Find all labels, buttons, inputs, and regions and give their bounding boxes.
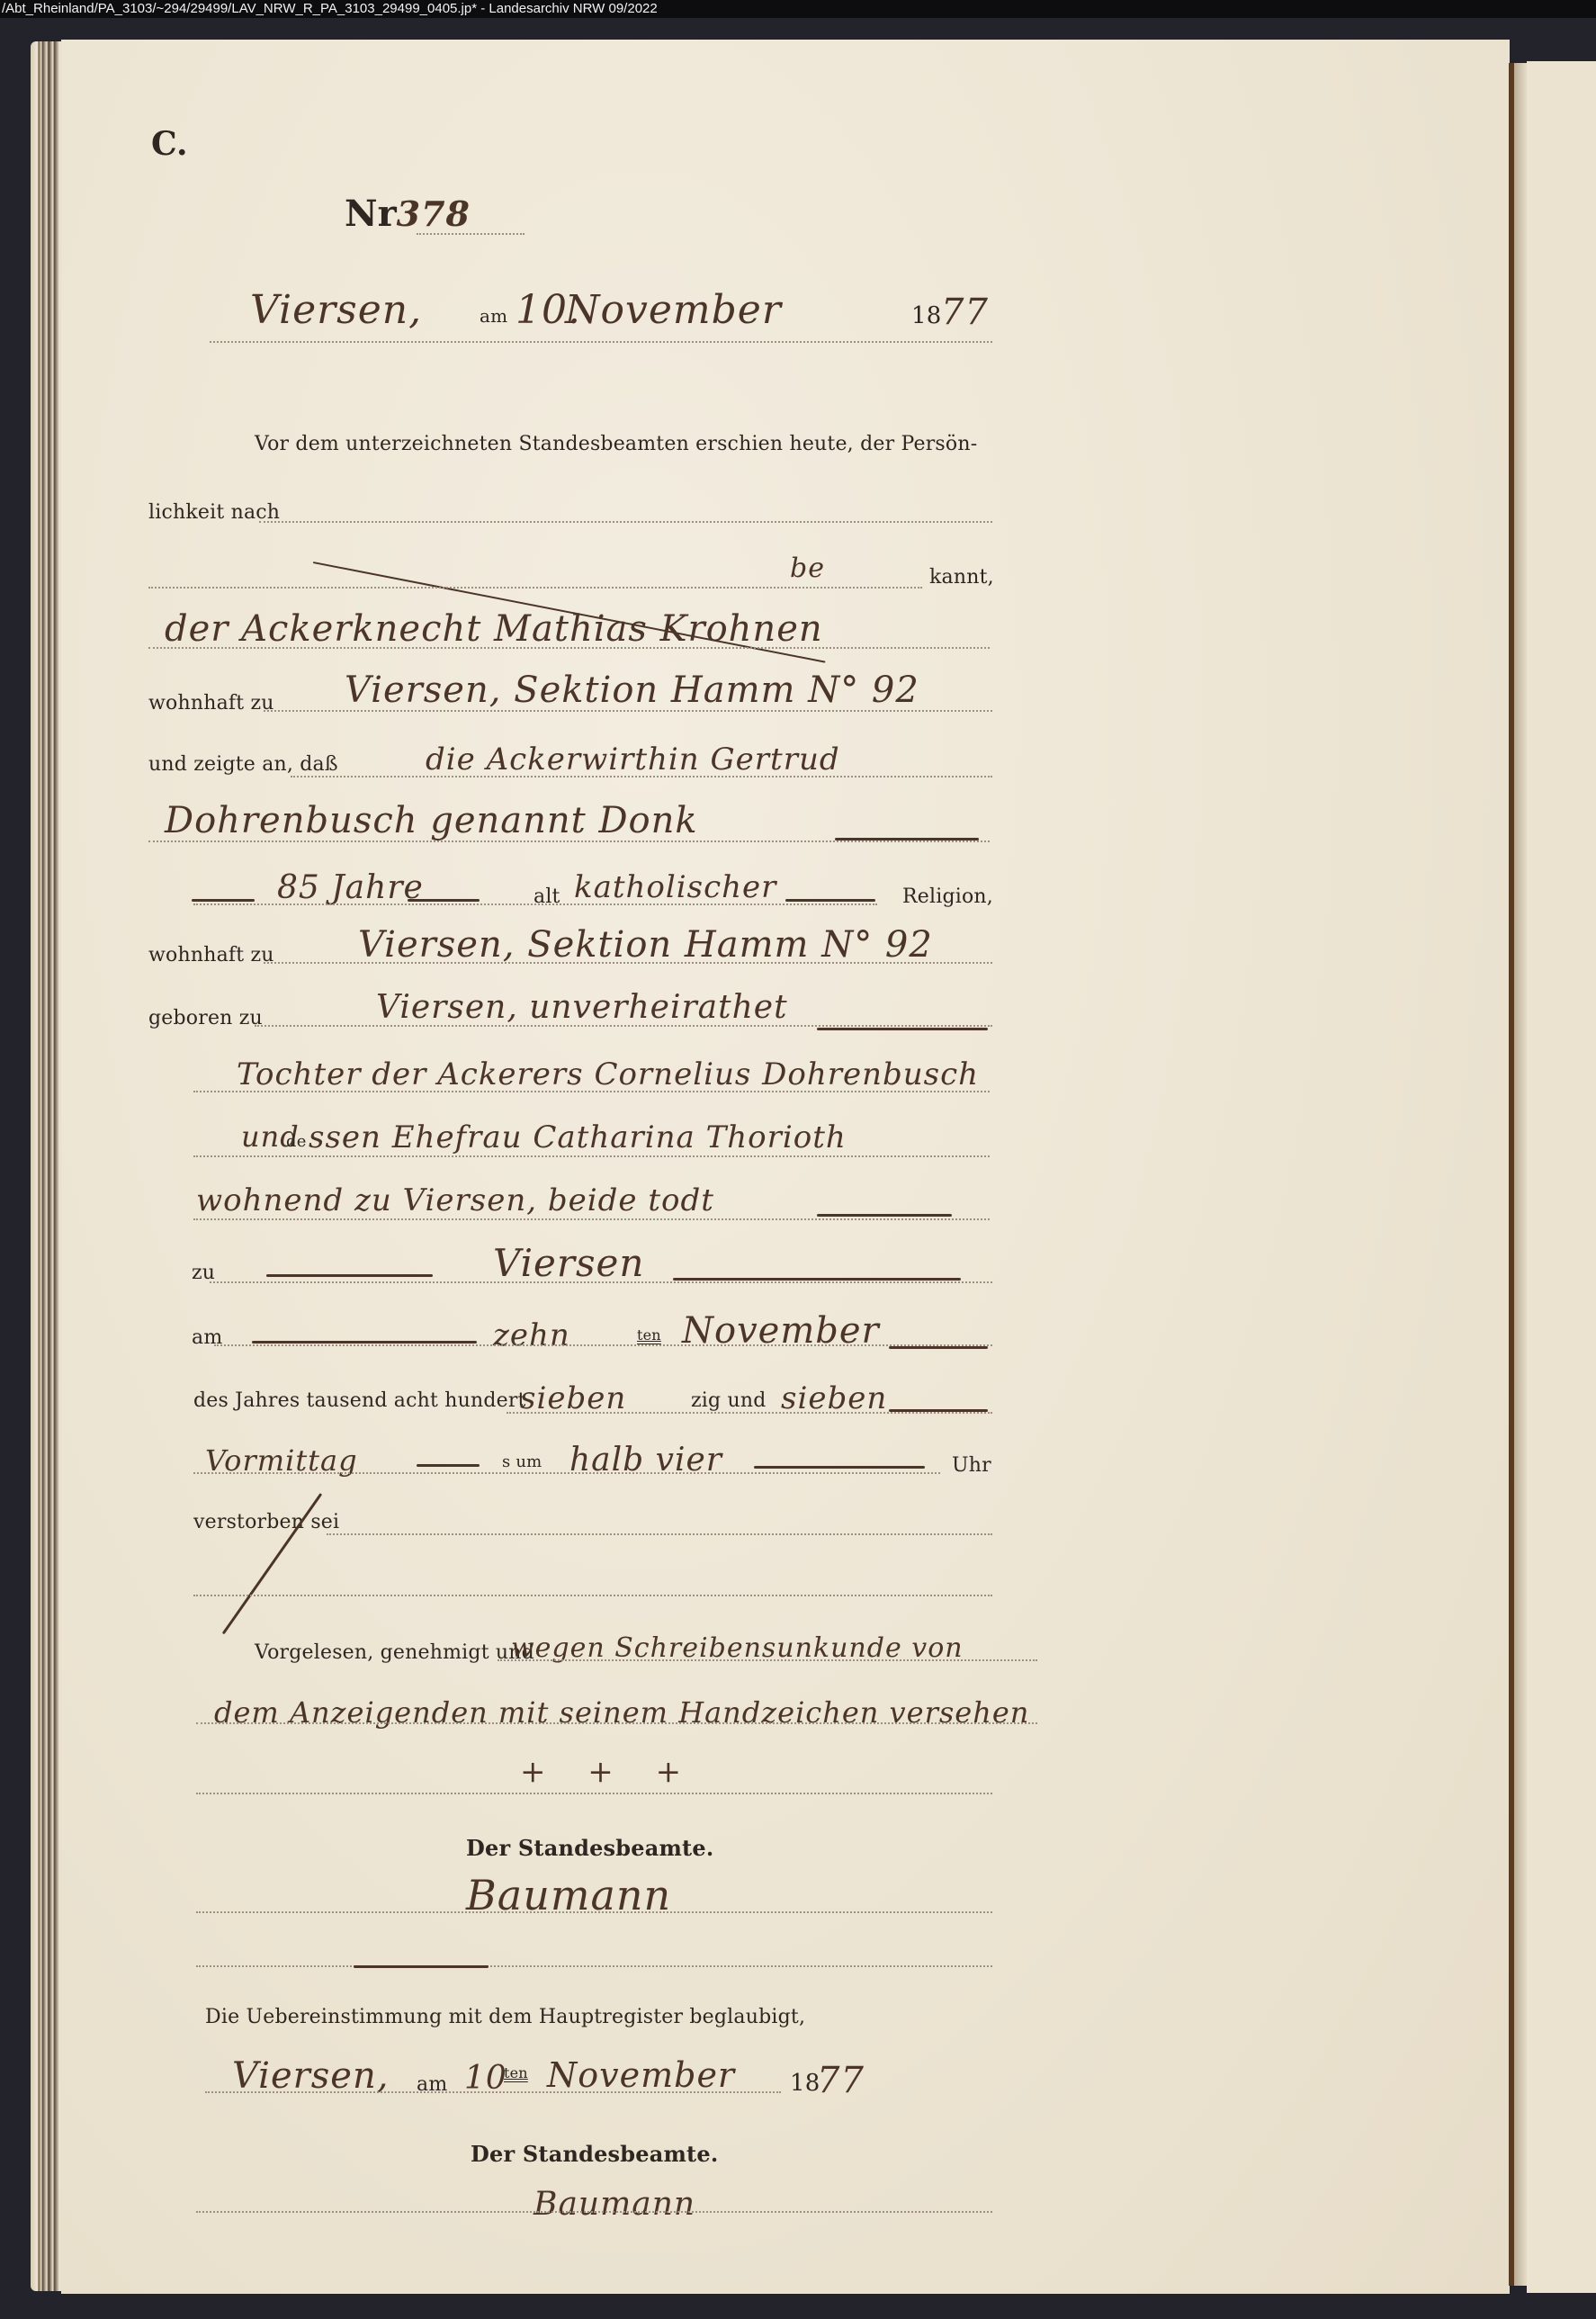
number-value: 378 (397, 193, 471, 234)
place-date-line (210, 341, 992, 343)
uhr-label: Uhr (952, 1454, 991, 1477)
year-units: sieben (781, 1380, 887, 1416)
parents-line-2: ssen Ehefrau Catharina Thorioth (309, 1119, 847, 1155)
year-tens: sieben (520, 1380, 626, 1416)
fill-stroke (266, 1274, 433, 1277)
facing-page-edge (1527, 61, 1596, 2293)
fill-stroke (673, 1278, 961, 1281)
cert-registrar-label: Der Standesbeamte. (471, 2141, 718, 2167)
cert-signature: Baumann (533, 2186, 695, 2223)
fill-stroke (252, 1341, 477, 1344)
deceased-line-2-rule (148, 840, 990, 842)
intro-line-1: Vor dem unterzeichneten Standesbeamten e… (255, 433, 977, 455)
residence-label: wohnhaft zu (148, 692, 274, 715)
parents-line-2-printed: de (286, 1132, 307, 1151)
cert-signature-line (196, 2211, 992, 2213)
year-prefix: 18 (911, 302, 941, 329)
fill-stroke (785, 899, 875, 902)
known-label: kannt, (929, 566, 994, 589)
reported-label: und zeigte an, daß (148, 753, 338, 776)
death-day: zehn (493, 1317, 570, 1353)
death-date-line (214, 1344, 992, 1346)
number-line (417, 233, 525, 235)
known-suffix: be (790, 553, 825, 584)
time-line (193, 1472, 940, 1474)
religion-label: Religion, (902, 885, 993, 908)
separator-dots (196, 1965, 992, 1967)
read-line-2: dem Anzeigenden mit seinem Handzeichen v… (214, 1695, 1029, 1730)
deceased-residence-line (264, 962, 992, 964)
fill-stroke (192, 899, 255, 902)
handmarks: + + + (520, 1754, 697, 1790)
register-page: C. Nr378 Viersen, am 10. November 18 77 … (61, 40, 1510, 2294)
fill-stroke (889, 1346, 988, 1349)
died-line (327, 1533, 992, 1535)
year-mid-label: zig und (691, 1389, 767, 1412)
place-handwritten: Viersen, (250, 287, 422, 333)
read-line-1-rule (498, 1659, 1037, 1661)
cert-day-suffix: ten (504, 2064, 528, 2081)
number-label: Nr (345, 193, 397, 235)
death-certificate-form: C. Nr378 Viersen, am 10. November 18 77 … (61, 40, 1510, 2294)
cert-month: November (547, 2055, 735, 2095)
cert-date-line (205, 2091, 781, 2093)
form-letter: C. (151, 125, 188, 163)
fill-stroke (417, 1464, 480, 1467)
signature-line (196, 1911, 992, 1913)
separator-stroke (354, 1965, 489, 1968)
record-number: Nr378 (345, 193, 471, 235)
cert-year-prefix: 18 (790, 2070, 820, 2097)
certification-text: Die Uebereinstimmung mit dem Hauptregist… (205, 2006, 805, 2028)
parents-line-1-rule (193, 1091, 990, 1092)
known-line (148, 587, 922, 589)
religion-value: katholischer (574, 869, 776, 905)
cert-year-suffix: 77 (817, 2060, 865, 2101)
residence-line (264, 710, 992, 712)
gutter-shadow (1514, 63, 1527, 2286)
parents-line-3: wohnend zu Viersen, beide todt (196, 1182, 714, 1218)
age-value: 85 Jahre (277, 869, 424, 906)
registrar-label: Der Standesbeamte. (466, 1835, 713, 1861)
parents-line-3-rule (193, 1218, 990, 1220)
death-day-suffix: ten (637, 1326, 661, 1344)
deceased-line-1: die Ackerwirthin Gertrud (426, 742, 840, 777)
born-label: geboren zu (148, 1007, 263, 1029)
died-label: verstorben sei (193, 1511, 339, 1533)
window-title-bar: /Abt_Rheinland/PA_3103/~294/29499/LAV_NR… (0, 0, 1596, 18)
fill-stroke (817, 1028, 988, 1030)
born-line (255, 1025, 992, 1027)
death-place: Viersen (493, 1241, 644, 1285)
marks-line (196, 1793, 992, 1794)
am-label: am (480, 305, 507, 327)
informant-residence: Viersen, Sektion Hamm N° 92 (345, 670, 919, 711)
year-line (507, 1412, 992, 1414)
date-month: November (565, 287, 782, 333)
fill-stroke (408, 899, 480, 902)
death-place-line (210, 1281, 992, 1283)
year-suffix: 77 (941, 292, 989, 333)
parents-line-2-rule (193, 1155, 990, 1157)
deceased-line-2: Dohrenbusch genannt Donk (165, 800, 698, 841)
age-religion-line (193, 903, 877, 905)
informant-line (148, 647, 990, 649)
acquaintance-line (259, 521, 992, 523)
read-label: Vorgelesen, genehmigt und (255, 1641, 534, 1664)
fill-stroke (817, 1214, 952, 1217)
deceased-residence-label: wohnhaft zu (148, 944, 274, 966)
time-suffix: s um (502, 1452, 542, 1471)
deceased-line-1-rule (291, 776, 992, 777)
window-title: /Abt_Rheinland/PA_3103/~294/29499/LAV_NR… (2, 1, 658, 16)
year-label: des Jahres tausend acht hundert (193, 1389, 526, 1412)
read-line-2-rule (196, 1722, 1037, 1724)
parents-line-1: Tochter der Ackerers Cornelius Dohrenbus… (237, 1056, 979, 1092)
deceased-residence: Viersen, Sektion Hamm N° 92 (358, 924, 933, 966)
fill-stroke (754, 1466, 925, 1469)
born-place: Viersen, unverheirathet (376, 989, 788, 1026)
blank-line (193, 1595, 992, 1596)
informant-name: der Ackerknecht Mathias Krohnen (165, 608, 823, 650)
